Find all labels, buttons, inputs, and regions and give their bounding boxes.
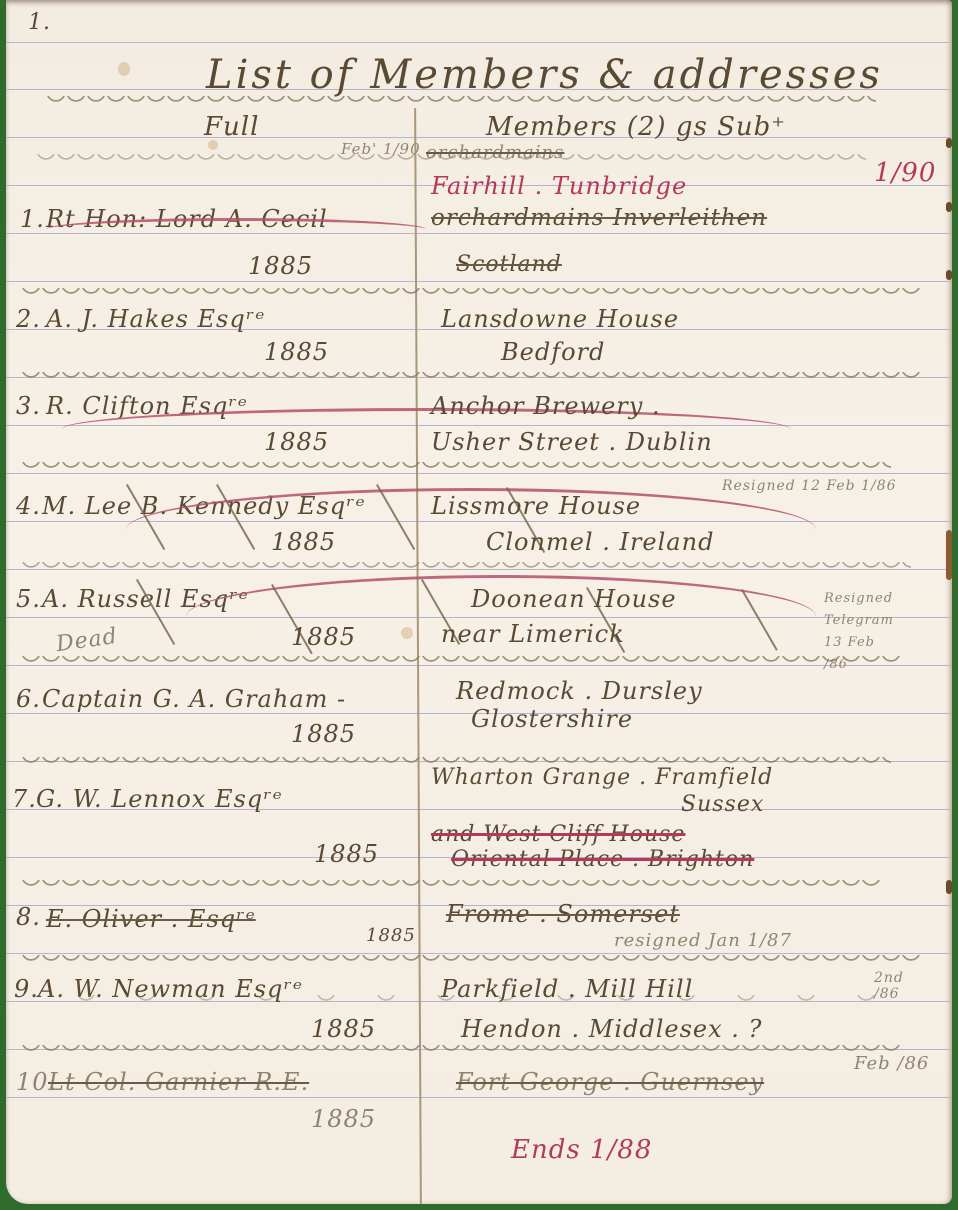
row-separator xyxy=(21,372,921,382)
member-address-line: Parkfield . Mill Hill xyxy=(441,975,693,1003)
member-year: 1885 xyxy=(291,720,356,748)
member-address-line: Redmock . Dursley xyxy=(456,677,703,705)
binding-hole xyxy=(946,202,952,212)
binding-hole xyxy=(946,880,952,894)
member-address-line: and West Cliff House xyxy=(431,822,685,847)
binding-hole xyxy=(946,138,952,148)
strike-mark xyxy=(46,218,426,241)
member-note: Resigned 12 Feb 1/86 xyxy=(722,478,897,494)
member-address-line: Anchor Brewery . xyxy=(431,392,661,420)
member-address-line: Clonmel . Ireland xyxy=(486,528,714,556)
ruled-line xyxy=(6,473,952,474)
member-address-line: Lansdowne House xyxy=(441,305,679,333)
ruled-line xyxy=(6,1097,952,1098)
stain xyxy=(118,62,130,76)
member-year: 1885 xyxy=(311,1105,376,1133)
member-index: 3. xyxy=(16,392,41,420)
row-separator xyxy=(21,1045,901,1055)
member-address-line: Hendon . Middlesex . ? xyxy=(461,1015,762,1043)
page-title: List of Members & addresses xyxy=(206,52,883,98)
member-address-line: near Limerick xyxy=(441,620,625,648)
member-address-line: Sussex xyxy=(681,792,764,817)
member-year: 1885 xyxy=(264,338,329,366)
manuscript-page: 1. List of Members & addresses Full Memb… xyxy=(6,0,952,1204)
member-index: 1. xyxy=(20,205,45,233)
binding-hole xyxy=(946,530,952,580)
row-separator xyxy=(21,656,901,666)
member-address-line: Wharton Grange . Framfield xyxy=(431,765,773,790)
title-underline xyxy=(46,96,876,106)
struck-text: Oriental Place . Brighton xyxy=(451,847,754,872)
row-separator xyxy=(21,562,911,572)
row-separator xyxy=(21,462,891,472)
member-index: 4. xyxy=(16,492,41,520)
member-address-line: Bedford xyxy=(501,338,605,366)
member-address-line: Scotland xyxy=(456,252,562,277)
row-separator xyxy=(21,955,921,965)
member-year: 1885 xyxy=(366,925,416,946)
column-header-left: Full xyxy=(204,112,259,142)
member-address-line: Fort George . Guernsey xyxy=(456,1068,764,1096)
member-address-line: Glostershire xyxy=(471,705,633,733)
member-index: 5. xyxy=(16,585,41,613)
member-address-line: Oriental Place . Brighton xyxy=(451,847,754,872)
member-address-line: Lissmore House xyxy=(431,492,641,520)
ruled-line xyxy=(6,137,952,138)
member-address-line: Frome . Somerset xyxy=(446,900,680,928)
member-note: resigned Jan 1/87 xyxy=(614,930,792,951)
row-separator xyxy=(21,880,881,890)
member-index: 9. xyxy=(14,975,39,1003)
member-year: 1885 xyxy=(311,1015,376,1043)
row-separator xyxy=(36,154,866,164)
member-year: 1885 xyxy=(291,623,356,651)
member-address-line: Usher Street . Dublin xyxy=(431,428,713,456)
ruled-line xyxy=(6,281,952,282)
member-year: 1885 xyxy=(314,840,379,868)
member-index: 2. xyxy=(16,305,41,333)
row-separator xyxy=(21,288,921,298)
member-name: E. Oliver . Esqʳᵉ xyxy=(46,905,256,933)
member-address-line: Fairhill . Tunbridge xyxy=(431,172,687,200)
member-name: A. J. Hakes Esqʳᵉ xyxy=(46,305,265,333)
ruled-line xyxy=(6,953,952,954)
member-note: 2nd /86 xyxy=(874,970,914,1002)
member-address-line: orchardmains Inverleithen xyxy=(431,205,767,231)
member-side-note: Dead xyxy=(55,624,120,657)
ruled-line xyxy=(6,42,952,43)
member-address-line: Doonean House xyxy=(471,585,677,613)
member-index: 6. xyxy=(16,685,41,713)
member-year: 1885 xyxy=(248,252,313,280)
member-year: 1885 xyxy=(271,528,336,556)
page-number: 1. xyxy=(28,10,51,35)
member-index: 8. xyxy=(16,903,41,931)
member-note: Feb /86 xyxy=(854,1053,929,1074)
footer-note: Ends 1/88 xyxy=(511,1135,652,1165)
member-name: Captain G. A. Graham - xyxy=(42,685,346,713)
member-index: 7. xyxy=(12,785,37,813)
member-name: Lt Col. Garnier R.E. xyxy=(48,1068,309,1096)
column-header-right: Members (2) gs Sub⁺ xyxy=(486,112,786,142)
member-name: G. W. Lennox Esqʳᵉ xyxy=(36,785,283,813)
member-note: 1/90 xyxy=(874,158,936,188)
member-year: 1885 xyxy=(264,428,329,456)
binding-hole xyxy=(946,270,952,280)
